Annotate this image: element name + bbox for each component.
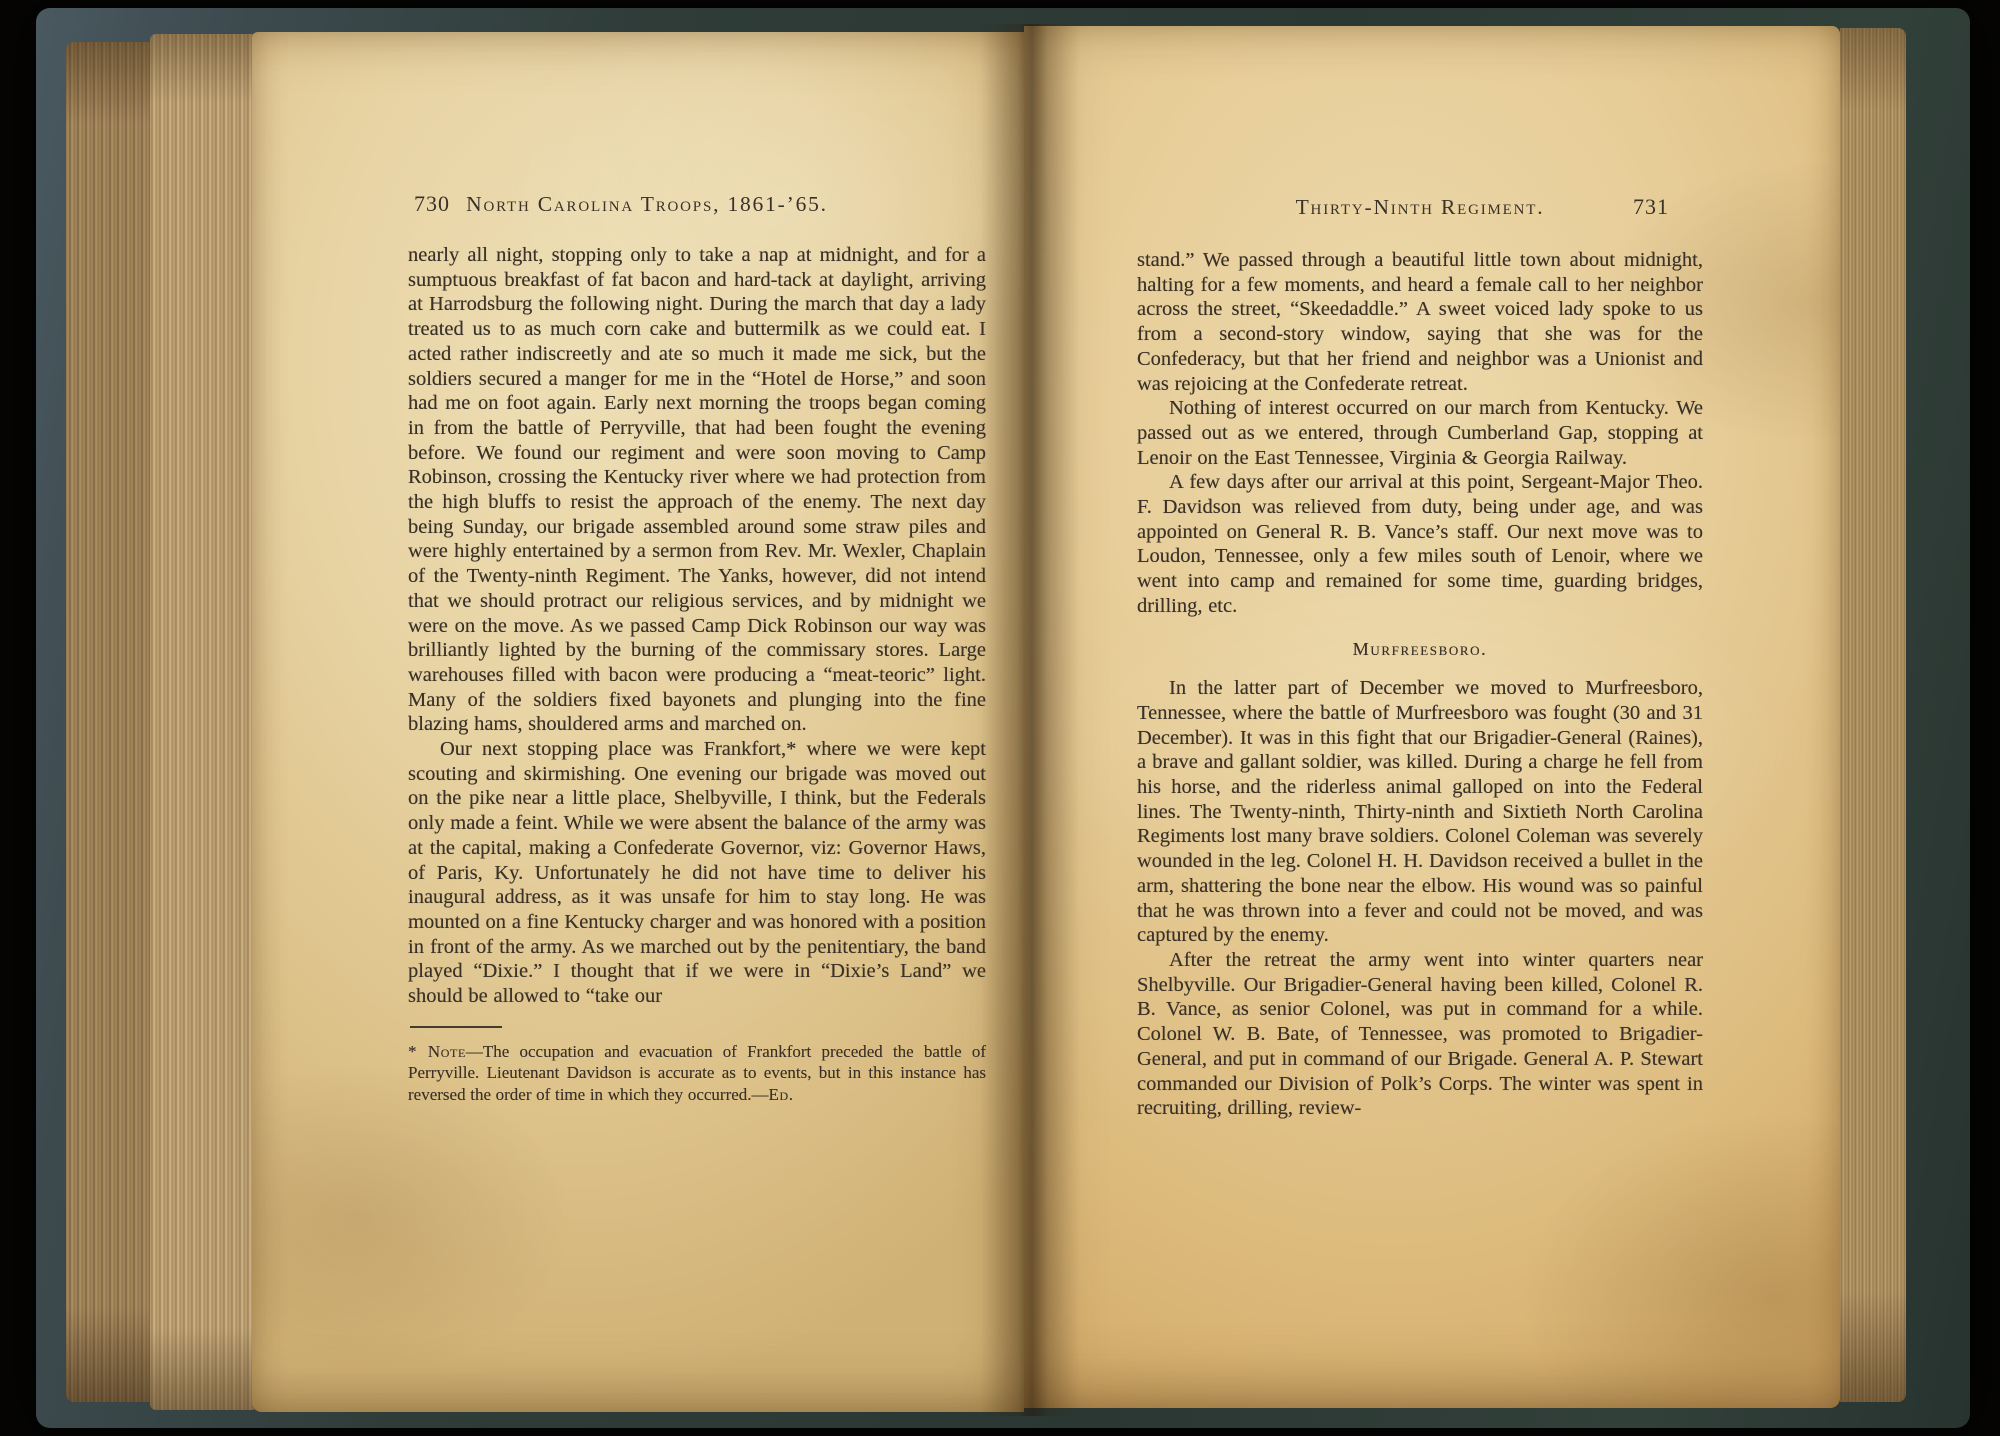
right-running-title: Thirty-Ninth Regiment. bbox=[1137, 193, 1703, 221]
book-spread-photo: 730 North Carolina Troops, 1861-’65. nea… bbox=[0, 0, 2000, 1436]
body-paragraph: nearly all night, stopping only to take … bbox=[408, 243, 986, 737]
body-paragraph: Our next stopping place was Frankfort,* … bbox=[408, 737, 986, 1009]
right-page-content: Thirty-Ninth Regiment. 731 stand.” We pa… bbox=[1137, 193, 1703, 1121]
footnote-signature: Ed. bbox=[769, 1085, 794, 1104]
left-page-content: 730 North Carolina Troops, 1861-’65. nea… bbox=[408, 190, 986, 1105]
right-page-header: Thirty-Ninth Regiment. 731 bbox=[1137, 193, 1703, 221]
left-page: 730 North Carolina Troops, 1861-’65. nea… bbox=[252, 32, 1024, 1412]
body-paragraph: Nothing of interest occurred on our marc… bbox=[1137, 396, 1703, 470]
left-running-title: North Carolina Troops, 1861-’65. bbox=[408, 190, 986, 218]
footnote-text: —The occupation and evacuation of Frankf… bbox=[408, 1042, 986, 1104]
left-page-header: 730 North Carolina Troops, 1861-’65. bbox=[408, 190, 986, 218]
left-page-body: nearly all night, stopping only to take … bbox=[408, 243, 986, 1009]
left-page-number: 730 bbox=[414, 190, 450, 218]
right-page: Thirty-Ninth Regiment. 731 stand.” We pa… bbox=[1024, 26, 1840, 1408]
footnote-marker: * Note bbox=[408, 1042, 466, 1061]
body-paragraph: A few days after our arrival at this poi… bbox=[1137, 470, 1703, 618]
section-heading: Murfreesboro. bbox=[1137, 637, 1703, 662]
body-paragraph: In the latter part of December we moved … bbox=[1137, 676, 1703, 948]
footnote-rule bbox=[410, 1026, 502, 1028]
right-page-number: 731 bbox=[1633, 193, 1669, 221]
footnote: * Note—The occupation and evacuation of … bbox=[408, 1041, 986, 1105]
body-paragraph: stand.” We passed through a beautiful li… bbox=[1137, 248, 1703, 396]
right-page-body: stand.” We passed through a beautiful li… bbox=[1137, 248, 1703, 1121]
body-paragraph: After the retreat the army went into win… bbox=[1137, 948, 1703, 1121]
